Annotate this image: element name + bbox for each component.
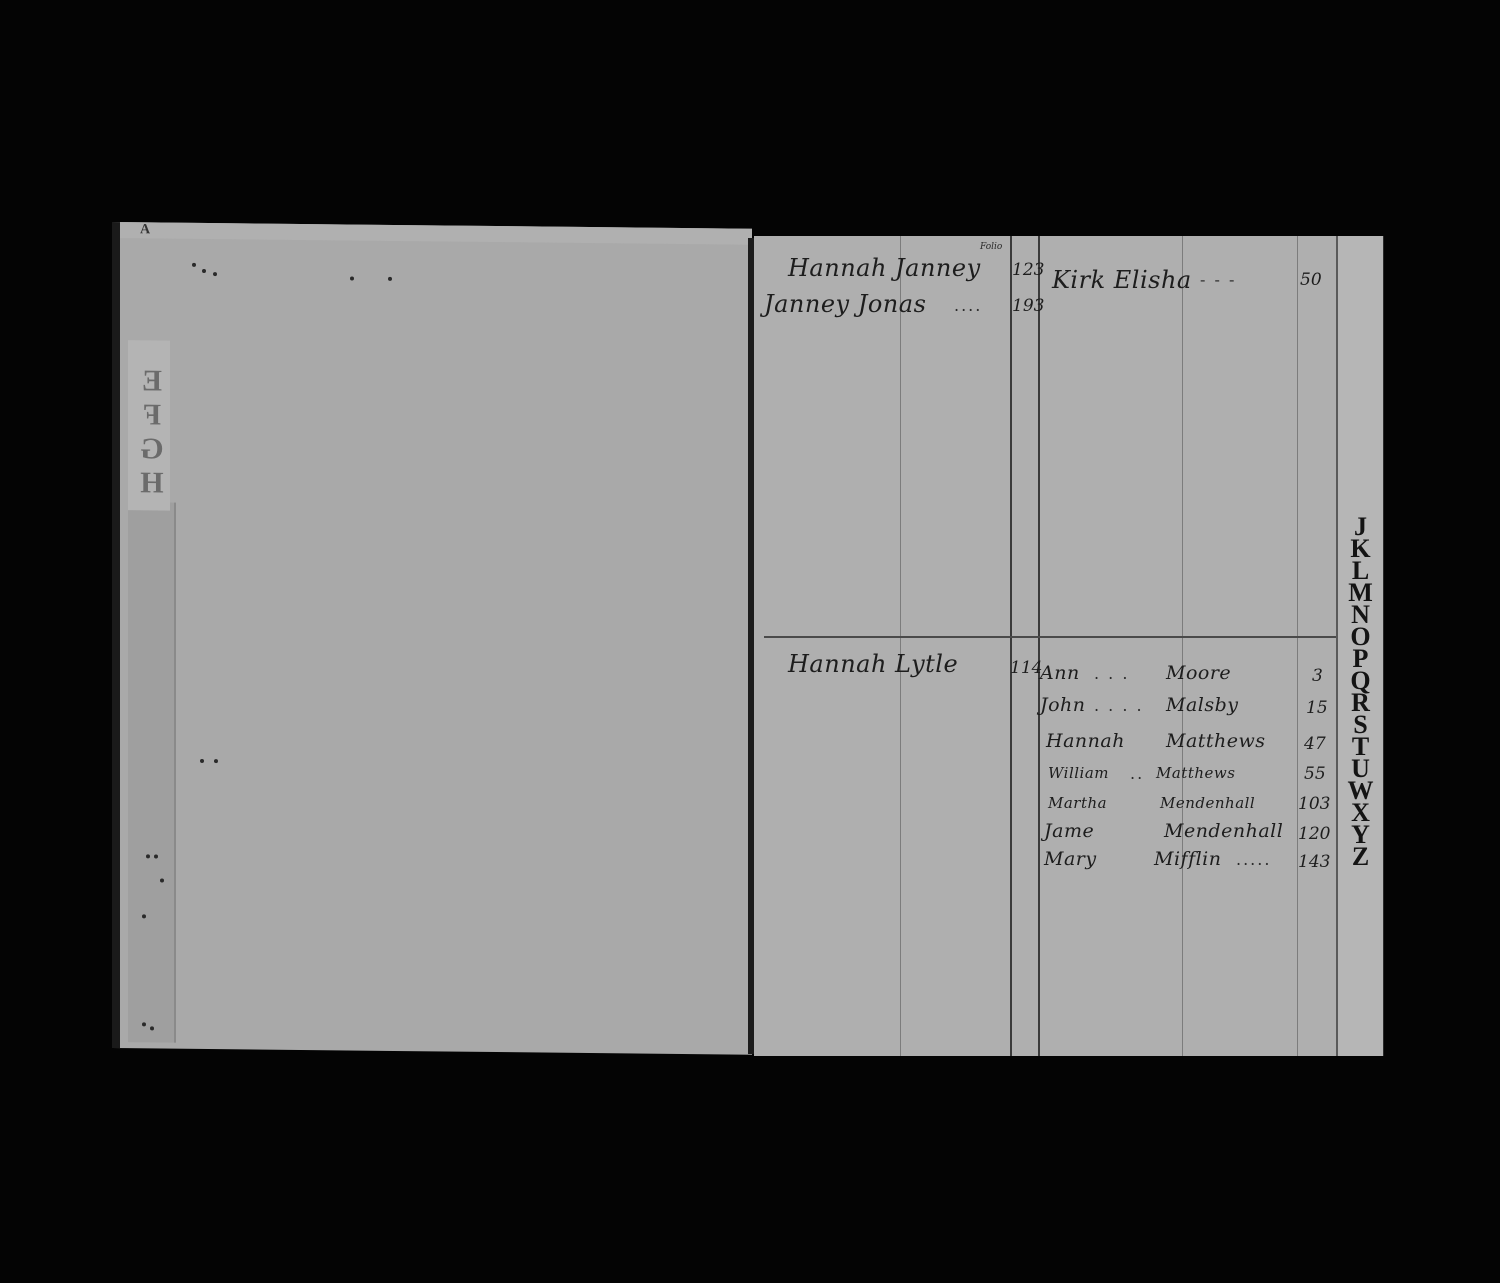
index-entry-folio: 120 — [1298, 824, 1330, 844]
index-entry-first: Jame — [1044, 820, 1094, 842]
mirrored-letter: E — [142, 364, 162, 398]
dot-leader: ..... — [1236, 850, 1271, 869]
ink-speck — [200, 759, 204, 763]
tab-letter-z: Z — [1352, 846, 1369, 868]
index-entry-folio: 15 — [1306, 698, 1328, 718]
ruled-line — [900, 236, 901, 1056]
ink-speck — [154, 854, 158, 858]
ruled-line — [1182, 236, 1183, 1056]
ink-speck — [142, 1022, 146, 1026]
ink-speck — [192, 263, 196, 267]
column-divider — [1038, 236, 1040, 1056]
index-entry-name: Kirk Elisha — [1052, 266, 1192, 294]
index-entry-last: Matthews — [1166, 730, 1266, 752]
mirrored-tab-letters: E F G H — [134, 364, 170, 500]
folio-rule — [1010, 236, 1012, 1056]
ink-speck — [213, 272, 217, 276]
mirrored-letter: G — [140, 432, 163, 466]
dot-leader: - - - — [1200, 270, 1236, 289]
alphabet-thumb-tab: J K L M N O P Q R S T U W X Y Z — [1336, 236, 1383, 1056]
left-page-edge-tab — [128, 502, 176, 1043]
index-entry-last: Mifflin — [1154, 848, 1222, 870]
right-page: Folio Hannah Janney 123 Janney Jonas ...… — [754, 236, 1384, 1056]
index-entry-name: Janney Jonas — [764, 290, 926, 318]
left-page: A E F G H — [112, 222, 752, 1055]
dot-leader: . . . . — [1094, 696, 1144, 715]
alphabet-letters: J K L M N O P Q R S T U W X Y Z — [1338, 516, 1383, 868]
index-entry-folio: 114 — [1010, 658, 1042, 678]
index-entry-first: John — [1040, 694, 1086, 716]
index-entry-folio: 55 — [1304, 764, 1326, 784]
ink-speck — [142, 914, 146, 918]
index-entry-last: Mendenhall — [1160, 794, 1255, 812]
scan-stage: A E F G H Folio Han — [0, 0, 1500, 1283]
folio-header: Folio — [980, 242, 1002, 252]
index-entry-first: Ann — [1040, 662, 1080, 684]
index-entry-first: William — [1048, 764, 1109, 782]
ink-speck — [214, 759, 218, 763]
ink-speck — [388, 277, 392, 281]
index-entry-first: Mary — [1044, 848, 1097, 870]
index-entry-first: Hannah — [1046, 730, 1125, 752]
index-entry-folio: 47 — [1304, 734, 1326, 754]
ink-speck — [160, 879, 164, 883]
ink-speck — [146, 854, 150, 858]
dot-leader: . . . — [1094, 664, 1129, 683]
index-entry-last: Mendenhall — [1164, 820, 1283, 842]
index-entry-folio: 193 — [1012, 296, 1044, 316]
left-page-top-strip — [120, 222, 752, 245]
corner-mark: A — [140, 222, 150, 238]
index-entry-name: Hannah Janney — [788, 254, 981, 282]
ink-speck — [202, 269, 206, 273]
index-entry-last: Matthews — [1156, 764, 1235, 782]
index-entry-first: Martha — [1048, 794, 1107, 812]
section-divider — [764, 636, 1336, 638]
index-entry-folio: 143 — [1298, 852, 1330, 872]
index-entry-folio: 3 — [1312, 666, 1323, 686]
index-entry-folio: 103 — [1298, 794, 1330, 814]
index-entry-last: Malsby — [1166, 694, 1239, 716]
ink-speck — [150, 1026, 154, 1030]
index-entry-folio: 123 — [1012, 260, 1044, 280]
mirrored-letter: F — [143, 398, 161, 432]
dot-leader: .... — [954, 296, 982, 315]
ink-speck — [350, 276, 354, 280]
mirrored-letter: H — [140, 466, 163, 500]
dot-leader: .. — [1130, 764, 1144, 783]
index-entry-name: Hannah Lytle — [788, 650, 958, 678]
index-entry-last: Moore — [1166, 662, 1231, 684]
folio-rule — [1297, 236, 1298, 1056]
index-entry-folio: 50 — [1300, 270, 1322, 290]
